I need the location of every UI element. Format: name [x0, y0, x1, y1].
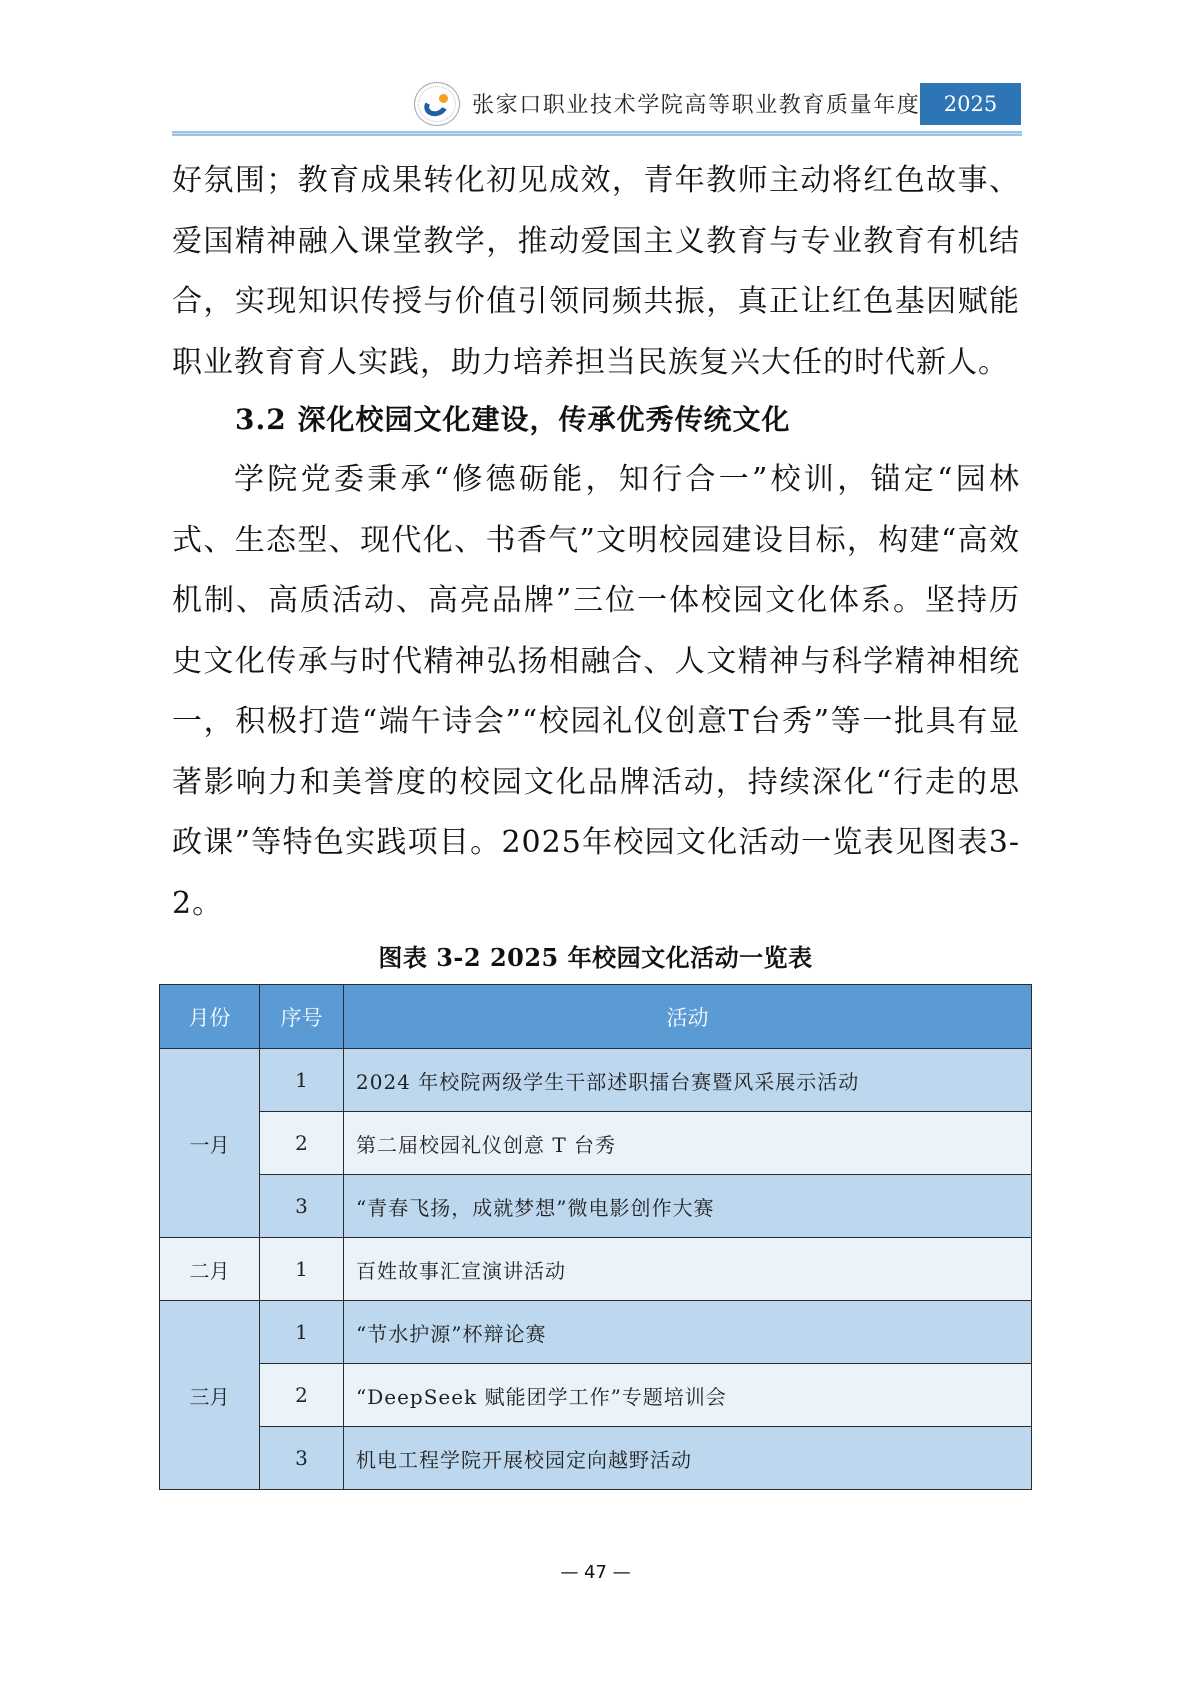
month-cell: 二月	[160, 1238, 260, 1301]
number-cell: 1	[260, 1238, 344, 1301]
table-row: 二月 1 百姓故事汇宣演讲活动	[160, 1238, 1032, 1301]
number-cell: 1	[260, 1049, 344, 1112]
table-caption: 图表 3-2 2025 年校园文化活动一览表	[0, 938, 1191, 973]
activities-table: 月份 序号 活动 一月 1 2024 年校院两级学生干部述职擂台赛暨风采展示活动…	[159, 984, 1032, 1490]
table-row: 2 第二届校园礼仪创意 T 台秀	[160, 1112, 1032, 1175]
table-row: 3 机电工程学院开展校园定向越野活动	[160, 1427, 1032, 1490]
activity-cell: 2024 年校院两级学生干部述职擂台赛暨风采展示活动	[344, 1049, 1032, 1112]
logo-ball	[439, 94, 448, 103]
month-cell: 三月	[160, 1301, 260, 1490]
column-header-month: 月份	[160, 985, 260, 1049]
page-number: — 47 —	[0, 1562, 1191, 1583]
column-header-number: 序号	[260, 985, 344, 1049]
activity-cell: “青春飞扬，成就梦想”微电影创作大赛	[344, 1175, 1032, 1238]
body-paragraph-2: 学院党委秉承“修德砺能，知行合一”校训，锚定“园林式、生态型、现代化、书香气”文…	[172, 450, 1020, 934]
table-row: 3 “青春飞扬，成就梦想”微电影创作大赛	[160, 1175, 1032, 1238]
activity-cell: 第二届校园礼仪创意 T 台秀	[344, 1112, 1032, 1175]
activity-cell: “DeepSeek 赋能团学工作”专题培训会	[344, 1364, 1032, 1427]
activity-cell: 机电工程学院开展校园定向越野活动	[344, 1427, 1032, 1490]
body-paragraph-1: 好氛围；教育成果转化初见成效，青年教师主动将红色故事、爱国精神融入课堂教学，推动…	[172, 151, 1020, 393]
activity-cell: “节水护源”杯辩论赛	[344, 1301, 1032, 1364]
number-cell: 2	[260, 1364, 344, 1427]
column-header-activity: 活动	[344, 985, 1032, 1049]
section-heading: 3.2 深化校园文化建设，传承优秀传统文化	[235, 390, 790, 450]
number-cell: 3	[260, 1427, 344, 1490]
number-cell: 2	[260, 1112, 344, 1175]
header-divider	[172, 131, 1022, 136]
table-row: 2 “DeepSeek 赋能团学工作”专题培训会	[160, 1364, 1032, 1427]
number-cell: 1	[260, 1301, 344, 1364]
month-cell: 一月	[160, 1049, 260, 1238]
table-row: 一月 1 2024 年校院两级学生干部述职擂台赛暨风采展示活动	[160, 1049, 1032, 1112]
table-row: 三月 1 “节水护源”杯辩论赛	[160, 1301, 1032, 1364]
table-header-row: 月份 序号 活动	[160, 985, 1032, 1049]
number-cell: 3	[260, 1175, 344, 1238]
year-badge: 2025	[920, 83, 1021, 125]
report-title: 张家口职业技术学院高等职业教育质量年度报告	[472, 88, 968, 119]
page-header: 张家口职业技术学院高等职业教育质量年度报告 2025	[0, 0, 1191, 140]
college-logo-icon	[414, 82, 460, 126]
activity-cell: 百姓故事汇宣演讲活动	[344, 1238, 1032, 1301]
